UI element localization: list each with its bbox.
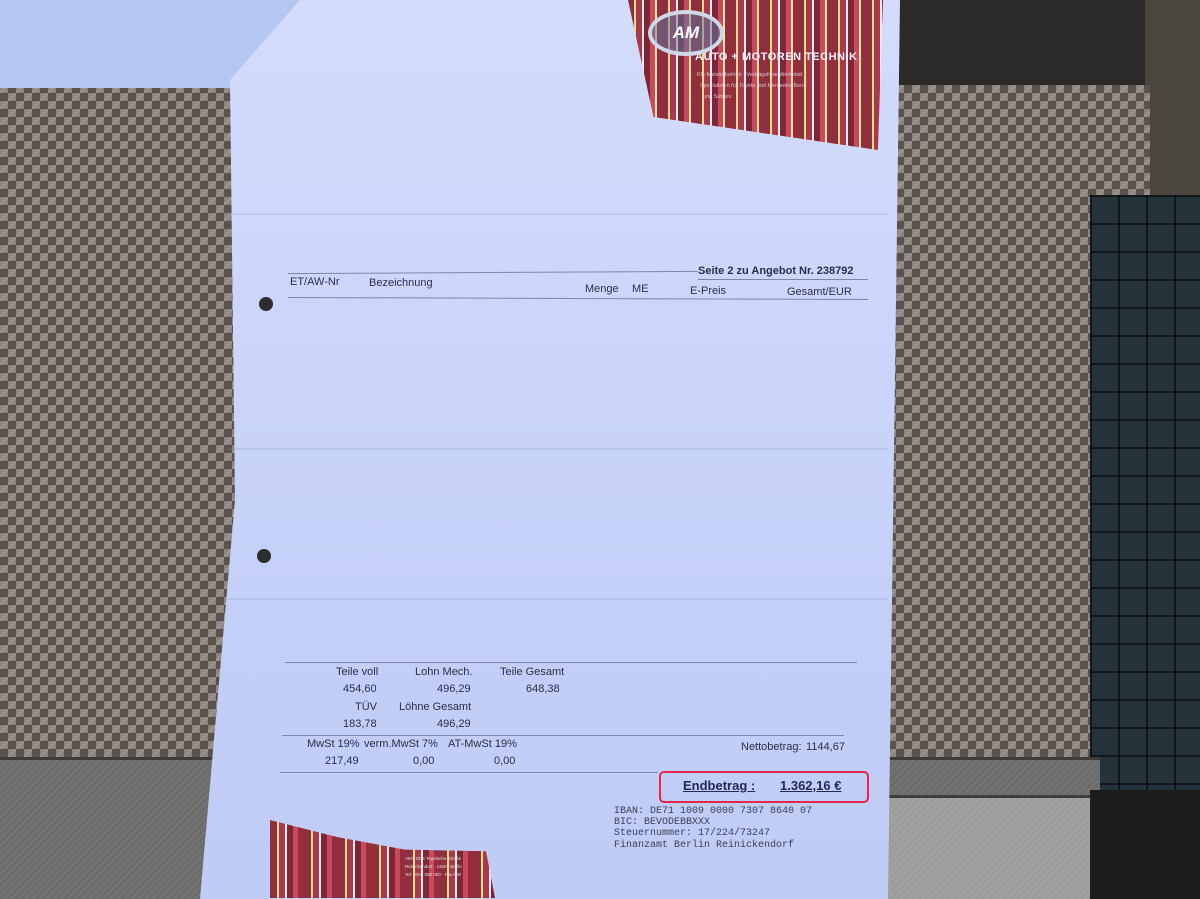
summary-rule-bottom [280, 772, 658, 773]
company-subtitle-2: Spezialisten für Toyota und Mercedes-Ben… [700, 83, 806, 89]
footer-address-1: AMT GbR Tegelsche Straße [405, 856, 461, 861]
bank-bic: BIC: BEVODEBBXXX [614, 817, 710, 828]
column-header-unit-price: E-Preis [690, 285, 726, 297]
summary-rule-middle [282, 735, 844, 736]
value-parts-total: 648,38 [526, 683, 560, 695]
seat-fabric-grid [1090, 195, 1200, 795]
value-vat-19: 217,49 [325, 755, 359, 767]
company-name: AUTO + MOTOREN TECHNIK [695, 51, 857, 63]
seat-fabric-lower-right [880, 795, 1090, 899]
total-amount-value: 1.362,16 € [780, 778, 841, 793]
header-rule-top-right [698, 279, 868, 280]
value-tuv: 183,78 [343, 718, 377, 730]
column-header-total: Gesamt/EUR [787, 286, 852, 298]
seat-headrest-edge [1145, 0, 1200, 200]
net-amount-value: 1144,67 [806, 741, 845, 753]
bank-iban: IBAN: DE71 1009 0000 7307 8640 07 [614, 806, 812, 817]
label-parts-total: Teile Gesamt [500, 666, 564, 678]
punch-hole [257, 549, 271, 563]
car-floor [1090, 790, 1200, 899]
column-header-quantity: Menge [585, 283, 619, 295]
paper-fold-line [228, 448, 888, 450]
value-labor-mech: 496,29 [437, 683, 471, 695]
label-tuv: TÜV [355, 701, 377, 713]
footer-address-3: Tel. 030 / 000 000 · Fax 000 [405, 872, 461, 877]
net-amount-label: Nettobetrag: [741, 741, 802, 753]
tax-office: Finanzamt Berlin Reinickendorf [614, 840, 794, 851]
company-subtitle-1: Kfz-Meisterbetrieb · Vertragsfreie Werks… [697, 72, 802, 78]
label-vat-19: MwSt 19% [307, 738, 360, 750]
value-at-vat-19: 0,00 [494, 755, 515, 767]
punch-hole [259, 297, 273, 311]
total-amount-label: Endbetrag : [683, 778, 755, 793]
company-logo-badge: AM [648, 10, 724, 56]
column-header-unit: ME [632, 283, 649, 295]
column-header-description: Bezeichnung [369, 277, 433, 289]
footer-address-2: Reinickendorf · 13407 Berlin [405, 864, 462, 869]
label-labor-mech: Lohn Mech. [415, 666, 472, 678]
value-vat-7: 0,00 [413, 755, 434, 767]
label-parts-full: Teile voll [336, 666, 378, 678]
paper-fold-line [228, 598, 888, 600]
value-parts-full: 454,60 [343, 683, 377, 695]
page-reference: Seite 2 zu Angebot Nr. 238792 [698, 265, 853, 277]
column-header-part-number: ET/AW-Nr [290, 276, 340, 288]
summary-rule-top [285, 662, 857, 663]
label-vat-7: verm.MwSt 7% [364, 738, 438, 750]
company-subtitle-3: und Subaru [703, 94, 731, 100]
label-at-vat-19: AT-MwSt 19% [448, 738, 517, 750]
tax-number: Steuernummer: 17/224/73247 [614, 828, 770, 839]
value-labor-total: 496,29 [437, 718, 471, 730]
paper-fold-line [228, 213, 888, 215]
label-labor-total: Löhne Gesamt [399, 701, 471, 713]
